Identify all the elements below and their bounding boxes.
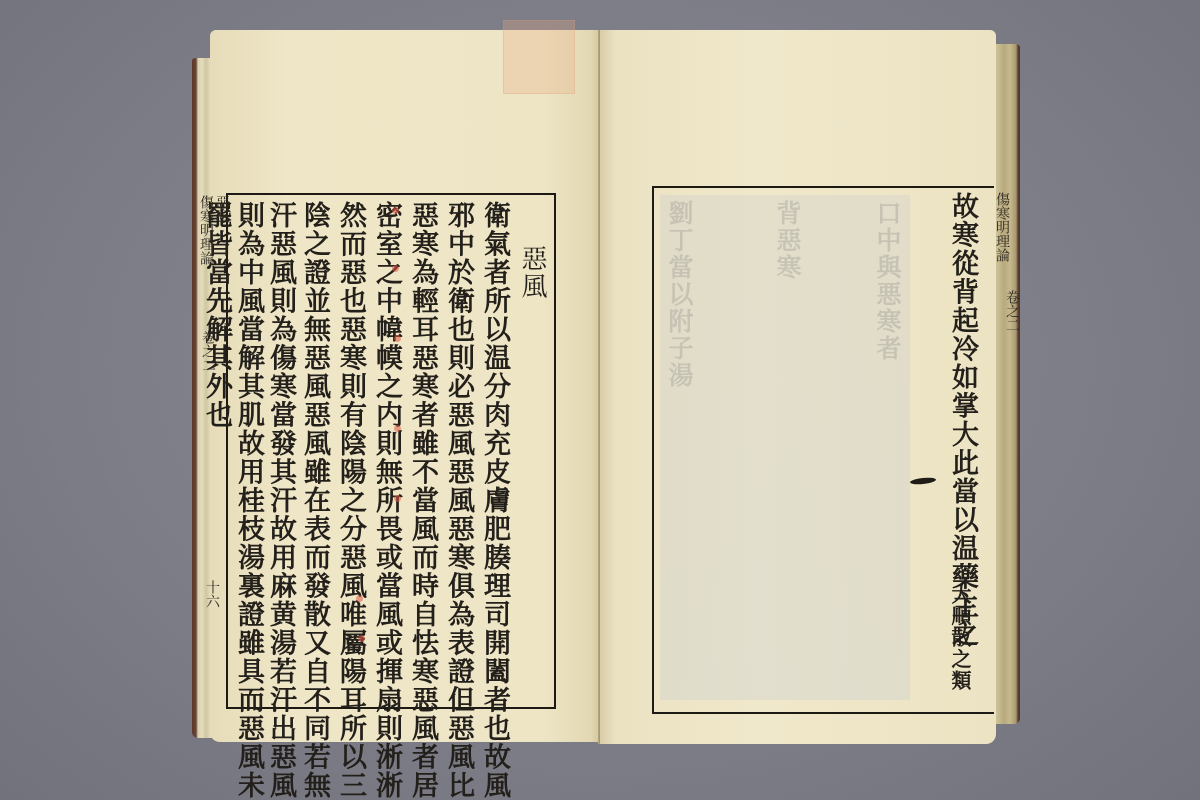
text-column-1: 故寒從背起冷如掌大此當以温藥主之 — [946, 192, 978, 648]
margin-section: 惡風 — [214, 195, 230, 223]
red-punctuation-dot — [394, 495, 401, 502]
red-punctuation-dot — [394, 335, 401, 342]
red-punctuation-dot — [392, 265, 399, 272]
text-column-1: 衛氣者所以温分肉充皮膚肥腠理司開闔者也故風 — [478, 201, 510, 800]
red-punctuation-dot — [394, 425, 401, 432]
right-page-stack-edge — [992, 44, 1020, 724]
red-punctuation-dot — [392, 207, 399, 214]
text-column-3: 惡寒為輕耳惡寒者雖不當風而時自怯寒惡風者居 — [406, 201, 438, 800]
text-column-5: 然而惡也惡寒則有陰陽之分惡風唯屬陽耳所以三 — [334, 201, 366, 800]
red-punctuation-dot — [356, 595, 363, 602]
section-heading: 惡風 — [516, 245, 548, 300]
text-column-6: 陰之證並無惡風惡風雖在表而發散又自不同若無 — [298, 201, 330, 800]
open-book: 惡風 衛氣者所以温分肉充皮膚肥腠理司開闔者也故風 邪中於衛也則必惡風惡風惡寒俱為… — [0, 0, 1200, 800]
right-text-frame: 故寒從背起冷如掌大此當以温藥主之 — [652, 186, 994, 714]
left-text-frame: 惡風 衛氣者所以温分肉充皮膚肥腠理司開闔者也故風 邪中於衛也則必惡風惡風惡寒俱為… — [226, 193, 556, 709]
text-column-2: 邪中於衛也則必惡風惡風惡寒俱為表證但惡風比 — [442, 201, 474, 800]
red-punctuation-dot — [358, 635, 365, 642]
margin-book-title: 傷寒明理論 — [994, 192, 1010, 262]
text-column-7: 汗惡風則為傷寒當發其汗故用麻黄湯若汗出惡風 — [264, 201, 296, 800]
interlinear-note: 大順散之類 — [944, 584, 976, 692]
margin-book-title: 傷寒明理論 — [198, 195, 214, 265]
library-seal — [503, 20, 575, 94]
margin-volume: 卷之二 — [200, 330, 216, 372]
margin-volume: 卷之二 — [1004, 290, 1020, 332]
text-column-8: 則為中風當解其肌故用桂枝湯裏證雖具而惡風未 — [232, 201, 264, 800]
margin-folio: 十六 — [204, 580, 220, 608]
